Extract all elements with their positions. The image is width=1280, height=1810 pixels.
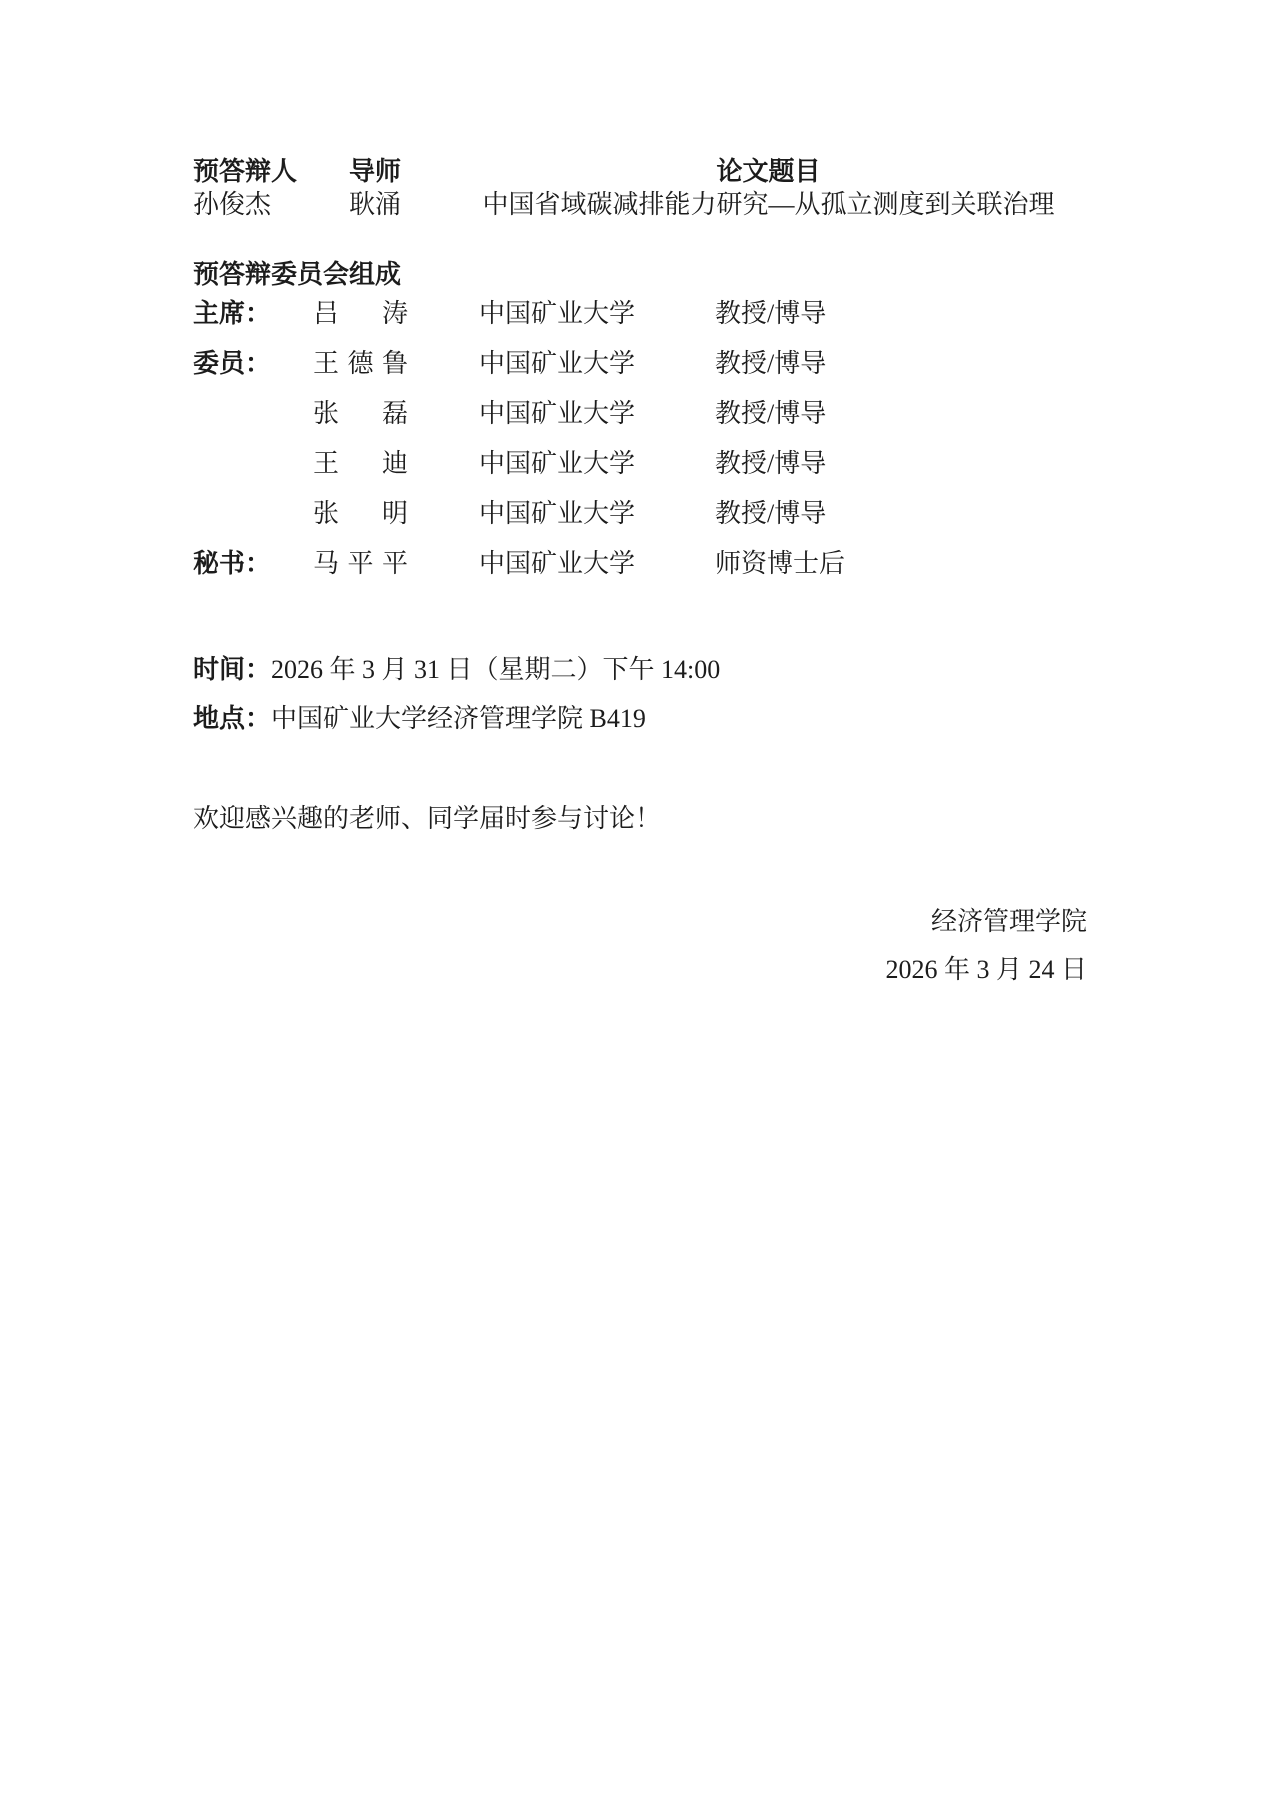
invitation-line: 欢迎感兴趣的老师、同学届时参与讨论！ (193, 802, 1087, 835)
committee-member-title: 教授/博导 (715, 397, 1087, 430)
candidates-table: 预答辩人 导师 论文题目 孙俊杰 耿涌 中国省域碳减排能力研究—从孤立测度到关联… (193, 155, 1087, 221)
supervisor-name: 耿涌 (320, 188, 430, 221)
signature-block: 经济管理学院 2026 年 3 月 24 日 (193, 905, 1087, 986)
supervisor-header: 导师 (320, 155, 430, 188)
committee-member-affiliation: 中国矿业大学 (479, 497, 715, 530)
committee-table: 主席： 吕 涛 中国矿业大学 教授/博导 委员： 王德鲁 中国矿业大学 教授/博… (193, 297, 1087, 597)
committee-member-title: 教授/博导 (715, 447, 1087, 480)
time-value: 2026 年 3 月 31 日（星期二）下午 14:00 (271, 655, 720, 684)
committee-member-affiliation: 中国矿业大学 (479, 447, 715, 480)
committee-heading: 预答辩委员会组成 (193, 258, 1087, 291)
committee-role: 委员： (193, 347, 313, 380)
signature-org: 经济管理学院 (193, 905, 1087, 938)
defense-venue: 地点：中国矿业大学经济管理学院 B419 (193, 702, 1087, 735)
committee-member-title: 教授/博导 (715, 497, 1087, 530)
member-name-text: 张 明 (313, 497, 408, 530)
venue-label: 地点： (193, 704, 271, 733)
defense-details: 时间：2026 年 3 月 31 日（星期二）下午 14:00 地点：中国矿业大… (193, 653, 1087, 735)
member-name-text: 张 磊 (313, 397, 408, 430)
member-name-text: 吕 涛 (313, 297, 408, 330)
committee-member-affiliation: 中国矿业大学 (479, 297, 715, 330)
thesis-title-header: 论文题目 (430, 155, 1087, 188)
member-name-text: 王 迪 (313, 447, 408, 480)
committee-member-name: 王 迪 (313, 447, 479, 480)
member-name-text: 王德鲁 (313, 347, 408, 380)
candidate-header: 预答辩人 (193, 155, 320, 188)
committee-member-name: 吕 涛 (313, 297, 479, 330)
committee-member-name: 王德鲁 (313, 347, 479, 380)
committee-member-title: 教授/博导 (715, 297, 1087, 330)
committee-member-affiliation: 中国矿业大学 (479, 347, 715, 380)
signature-date: 2026 年 3 月 24 日 (193, 953, 1087, 986)
committee-role: 主席： (193, 297, 313, 330)
committee-member-name: 马平平 (313, 547, 479, 580)
candidate-name: 孙俊杰 (193, 188, 320, 221)
thesis-title: 中国省域碳减排能力研究—从孤立测度到关联治理 (430, 188, 1087, 221)
committee-role: 秘书： (193, 547, 313, 580)
committee-member-affiliation: 中国矿业大学 (479, 547, 715, 580)
committee-member-affiliation: 中国矿业大学 (479, 397, 715, 430)
announcement-page: { "page": { "background": "#ffffff", "te… (0, 0, 1280, 1810)
document-content: 预答辩人 导师 论文题目 孙俊杰 耿涌 中国省域碳减排能力研究—从孤立测度到关联… (193, 155, 1087, 986)
committee-member-title: 教授/博导 (715, 347, 1087, 380)
member-name-text: 马平平 (313, 547, 408, 580)
defense-time: 时间：2026 年 3 月 31 日（星期二）下午 14:00 (193, 653, 1087, 686)
venue-value: 中国矿业大学经济管理学院 B419 (271, 704, 646, 733)
committee-member-name: 张 明 (313, 497, 479, 530)
committee-member-name: 张 磊 (313, 397, 479, 430)
committee-member-title: 师资博士后 (715, 547, 1087, 580)
time-label: 时间： (193, 655, 271, 684)
